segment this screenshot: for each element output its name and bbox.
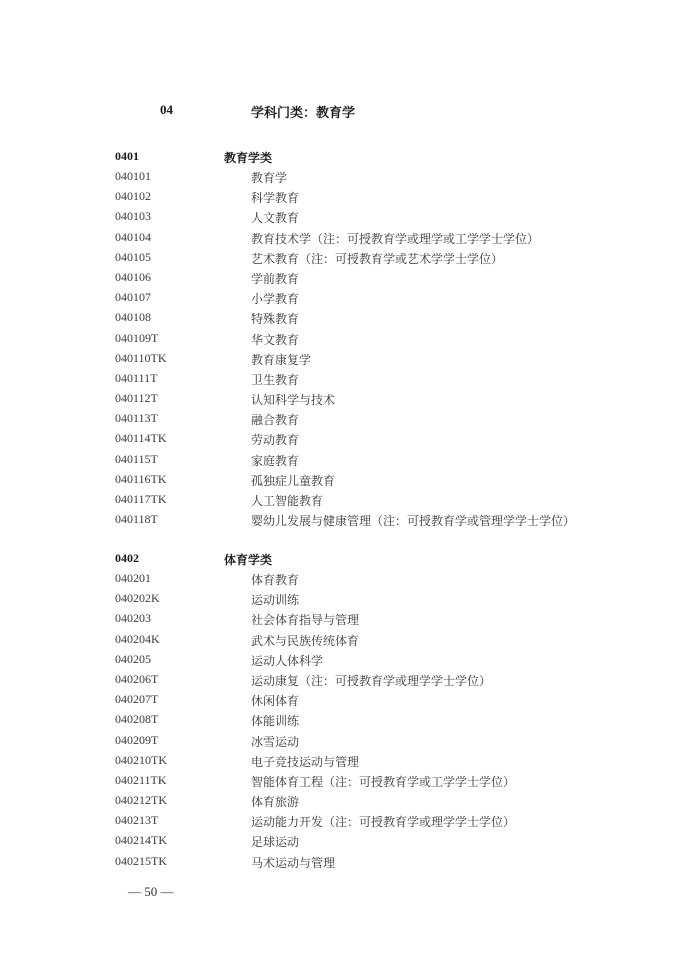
list-item: 040101教育学: [0, 169, 677, 189]
major-name: 体能训练: [251, 712, 299, 729]
major-name: 认知科学与技术: [251, 391, 335, 408]
major-code: 040101: [115, 169, 151, 184]
section-name: 体育学类: [224, 551, 272, 568]
major-code: 040102: [115, 189, 151, 204]
major-name: 家庭教育: [251, 452, 299, 469]
list-item: 040116TK孤独症儿童教育: [0, 472, 677, 492]
list-item: 040206T运动康复（注：可授教育学或理学学士学位）: [0, 672, 677, 692]
major-code: 040113T: [115, 411, 158, 426]
major-code: 040205: [115, 652, 151, 667]
major-code: 040115T: [115, 452, 158, 467]
major-name: 教育技术学（注：可授教育学或理学或工学学士学位）: [251, 230, 539, 247]
list-item: 040214TK足球运动: [0, 833, 677, 853]
list-item: 040109T华文教育: [0, 331, 677, 351]
major-code: 040111T: [115, 371, 157, 386]
page-number: — 50 —: [128, 884, 174, 900]
discipline-header: 04 学科门类：教育学: [0, 102, 677, 122]
major-code: 040117TK: [115, 492, 167, 507]
discipline-code: 04: [160, 102, 173, 118]
major-name: 体育教育: [251, 571, 299, 588]
major-name: 社会体育指导与管理: [251, 611, 359, 628]
major-name: 武术与民族传统体育: [251, 632, 359, 649]
major-list: 040201体育教育040202K运动训练040203社会体育指导与管理0402…: [0, 571, 677, 874]
major-name: 运动康复（注：可授教育学或理学学士学位）: [251, 672, 491, 689]
list-item: 040212TK体育旅游: [0, 793, 677, 813]
list-item: 040111T卫生教育: [0, 371, 677, 391]
major-code: 040109T: [115, 331, 158, 346]
list-item: 040208T体能训练: [0, 712, 677, 732]
major-code: 040210TK: [115, 753, 167, 768]
major-code: 040203: [115, 611, 151, 626]
major-code: 040208T: [115, 712, 158, 727]
list-item: 040202K运动训练: [0, 591, 677, 611]
major-name: 运动人体科学: [251, 652, 323, 669]
section-code: 0401: [115, 149, 139, 164]
list-item: 040210TK电子竞技运动与管理: [0, 753, 677, 773]
list-item: 040215TK马术运动与管理: [0, 854, 677, 874]
major-name: 孤独症儿童教育: [251, 472, 335, 489]
section-sports: 0402 体育学类 040201体育教育040202K运动训练040203社会体…: [0, 551, 677, 874]
list-item: 040106学前教育: [0, 270, 677, 290]
list-item: 040207T休闲体育: [0, 692, 677, 712]
major-code: 040116TK: [115, 472, 167, 487]
major-code: 040201: [115, 571, 151, 586]
list-item: 040103人文教育: [0, 209, 677, 229]
major-name: 智能体育工程（注：可授教育学或工学学士学位）: [251, 773, 515, 790]
document-page: 04 学科门类：教育学 0401 教育学类 040101教育学040102科学教…: [0, 0, 677, 958]
major-code: 040211TK: [115, 773, 167, 788]
major-name: 人文教育: [251, 209, 299, 226]
list-item: 040205运动人体科学: [0, 652, 677, 672]
list-item: 040102科学教育: [0, 189, 677, 209]
major-code: 040202K: [115, 591, 160, 606]
major-code: 040215TK: [115, 854, 167, 869]
list-item: 040117TK人工智能教育: [0, 492, 677, 512]
major-code: 040118T: [115, 512, 158, 527]
major-code: 040209T: [115, 733, 158, 748]
major-name: 卫生教育: [251, 371, 299, 388]
major-code: 040207T: [115, 692, 158, 707]
major-name: 融合教育: [251, 411, 299, 428]
major-name: 小学教育: [251, 290, 299, 307]
list-item: 040104教育技术学（注：可授教育学或理学或工学学士学位）: [0, 230, 677, 250]
major-code: 040110TK: [115, 351, 167, 366]
major-code: 040214TK: [115, 833, 167, 848]
major-code: 040106: [115, 270, 151, 285]
major-name: 运动能力开发（注：可授教育学或理学学士学位）: [251, 813, 515, 830]
major-code: 040206T: [115, 672, 158, 687]
major-name: 人工智能教育: [251, 492, 323, 509]
major-code: 040204K: [115, 632, 160, 647]
discipline-title: 学科门类：教育学: [251, 102, 355, 121]
major-code: 040107: [115, 290, 151, 305]
list-item: 040105艺术教育（注：可授教育学或艺术学学士学位）: [0, 250, 677, 270]
major-list: 040101教育学040102科学教育040103人文教育040104教育技术学…: [0, 169, 677, 532]
list-item: 040110TK教育康复学: [0, 351, 677, 371]
section-education: 0401 教育学类 040101教育学040102科学教育040103人文教育0…: [0, 149, 677, 532]
major-name: 教育康复学: [251, 351, 311, 368]
major-name: 足球运动: [251, 833, 299, 850]
section-header: 0401 教育学类: [0, 149, 677, 169]
list-item: 040204K武术与民族传统体育: [0, 632, 677, 652]
major-name: 艺术教育（注：可授教育学或艺术学学士学位）: [251, 250, 503, 267]
list-item: 040108特殊教育: [0, 310, 677, 330]
major-name: 电子竞技运动与管理: [251, 753, 359, 770]
major-name: 科学教育: [251, 189, 299, 206]
list-item: 040203社会体育指导与管理: [0, 611, 677, 631]
major-code: 040108: [115, 310, 151, 325]
section-header: 0402 体育学类: [0, 551, 677, 571]
major-name: 婴幼儿发展与健康管理（注：可授教育学或管理学学士学位）: [251, 512, 575, 529]
major-name: 运动训练: [251, 591, 299, 608]
list-item: 040112T认知科学与技术: [0, 391, 677, 411]
major-name: 休闲体育: [251, 692, 299, 709]
major-name: 教育学: [251, 169, 287, 186]
list-item: 040118T婴幼儿发展与健康管理（注：可授教育学或管理学学士学位）: [0, 512, 677, 532]
major-code: 040213T: [115, 813, 158, 828]
section-code: 0402: [115, 551, 139, 566]
major-name: 马术运动与管理: [251, 854, 335, 871]
list-item: 040114TK劳动教育: [0, 431, 677, 451]
list-item: 040209T冰雪运动: [0, 733, 677, 753]
major-name: 学前教育: [251, 270, 299, 287]
list-item: 040201体育教育: [0, 571, 677, 591]
list-item: 040113T融合教育: [0, 411, 677, 431]
major-code: 040103: [115, 209, 151, 224]
major-name: 劳动教育: [251, 431, 299, 448]
list-item: 040107小学教育: [0, 290, 677, 310]
major-name: 华文教育: [251, 331, 299, 348]
list-item: 040115T家庭教育: [0, 452, 677, 472]
list-item: 040213T运动能力开发（注：可授教育学或理学学士学位）: [0, 813, 677, 833]
major-code: 040105: [115, 250, 151, 265]
major-code: 040112T: [115, 391, 158, 406]
major-name: 特殊教育: [251, 310, 299, 327]
major-code: 040114TK: [115, 431, 167, 446]
section-name: 教育学类: [224, 149, 272, 166]
list-item: 040211TK智能体育工程（注：可授教育学或工学学士学位）: [0, 773, 677, 793]
major-code: 040212TK: [115, 793, 167, 808]
major-name: 冰雪运动: [251, 733, 299, 750]
major-code: 040104: [115, 230, 151, 245]
major-name: 体育旅游: [251, 793, 299, 810]
